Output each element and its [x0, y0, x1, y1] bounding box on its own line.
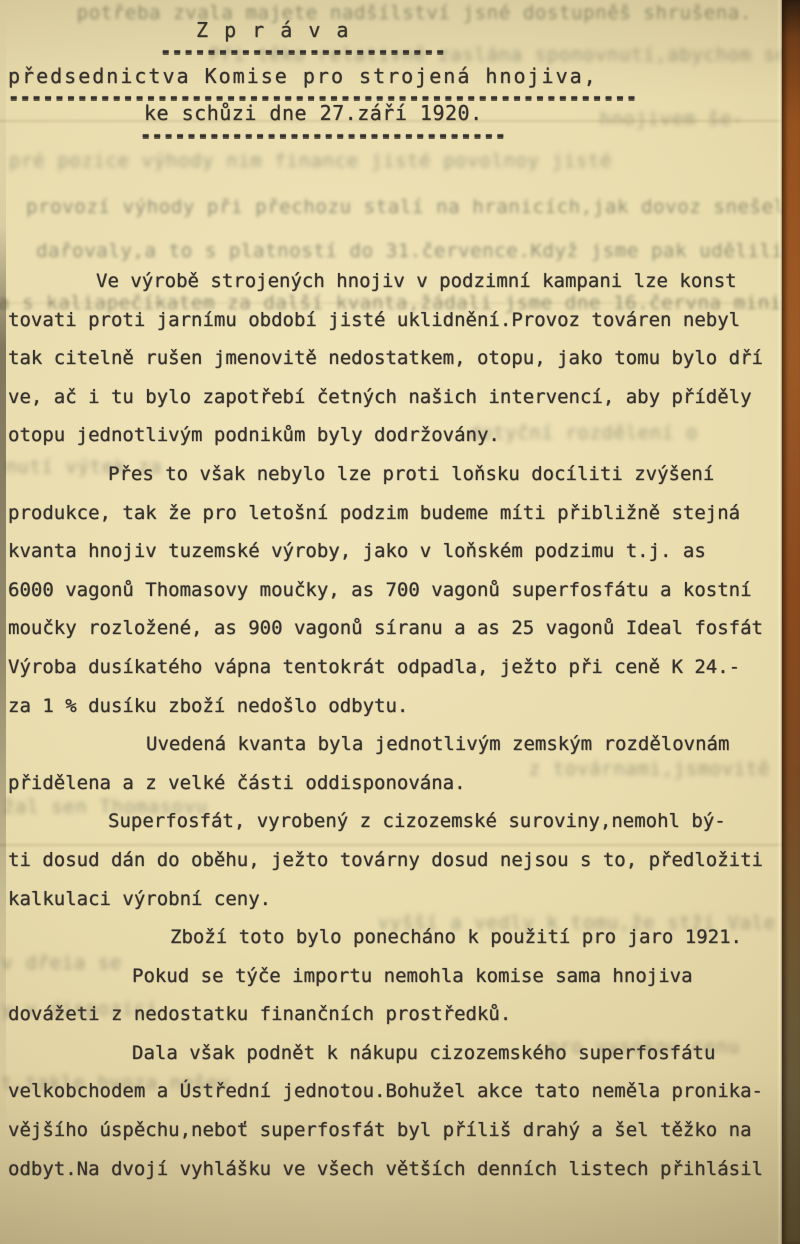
body-paragraph: Ve výrobě strojených hnojiv v podzimní k…	[8, 262, 780, 455]
page-title: Z p r á v a	[196, 18, 350, 42]
bleedthrough-line: hnojivem še-	[599, 108, 744, 130]
title-underline: -------------------------	[160, 40, 446, 62]
body-paragraph: Přes to však nebylo lze proti loňsku doc…	[8, 455, 780, 725]
binding-edge	[782, 0, 800, 1244]
document-dateline: ke schůzi dne 27.září 1920.	[144, 101, 483, 125]
body-paragraph: Zboží toto bylo ponecháno k použití pro …	[8, 918, 780, 957]
bleedthrough-line: pré pozice výhody nim finance jisté povo…	[9, 150, 612, 172]
body-paragraph: Dala však podnět k nákupu cizozemského s…	[8, 1034, 780, 1188]
bleedthrough-line: potřeba zvala majete nadšílství jsné dos…	[77, 2, 752, 24]
document-page: potřeba zvala majete nadšílství jsné dos…	[0, 0, 800, 1244]
body-paragraph: Superfosfát, vyrobený z cizozemské surov…	[8, 802, 780, 918]
body-paragraph: Pokud se týče importu nemohla komise sam…	[8, 957, 780, 1034]
bleedthrough-line: dařovaly,a to s platností do 31.července…	[36, 240, 800, 262]
document-body: Ve výrobě strojených hnojiv v podzimní k…	[8, 262, 780, 1188]
dateline-underline: --------------------------------	[140, 124, 506, 146]
body-paragraph: Uvedená kvanta byla jednotlivým zemským …	[8, 725, 780, 802]
document-subtitle: předsednictva Komise pro strojená hnojiv…	[8, 64, 598, 88]
bleedthrough-line: provozí výhody při přechozu stalí na hra…	[26, 196, 800, 218]
